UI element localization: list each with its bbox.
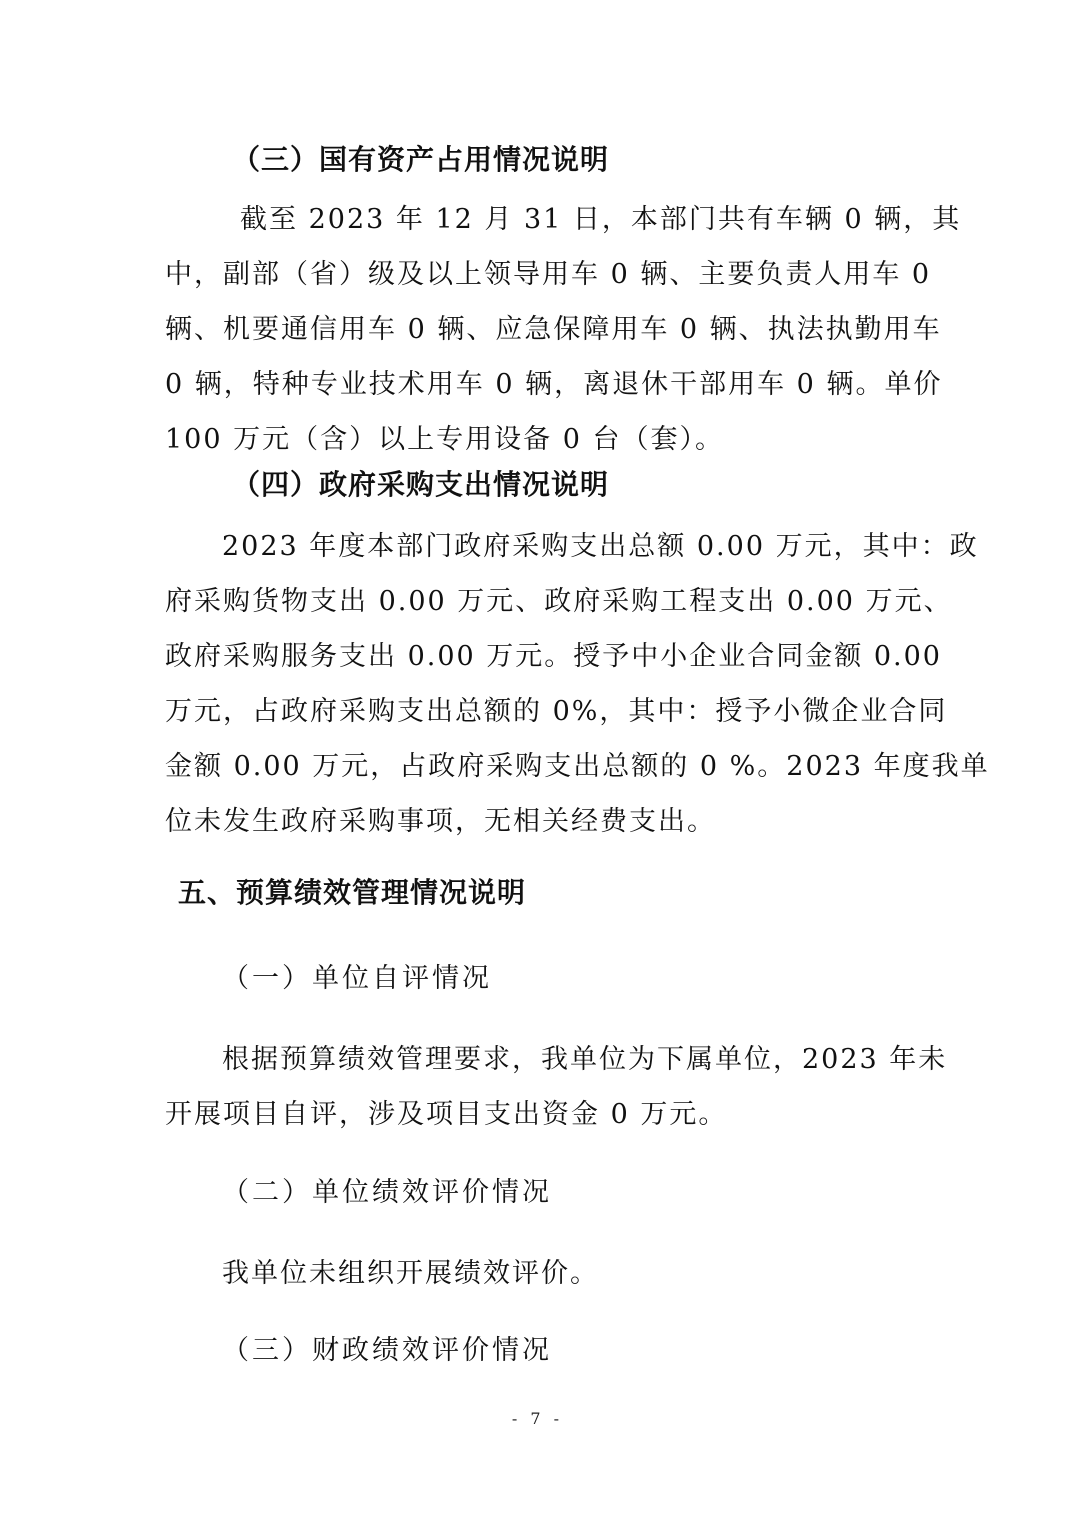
paragraph-line: 2023 年度本部门政府采购支出总额 0.00 万元，其中：政 — [222, 530, 912, 564]
section-heading-procurement: （四）政府采购支出情况说明 — [232, 468, 979, 502]
section-heading-state-assets: （三）国有资产占用情况说明 — [232, 143, 979, 177]
paragraph-line: 金额 0.00 万元，占政府采购支出总额的 0 %。2023 年度我单 — [165, 750, 912, 784]
paragraph-line: 0 辆，特种专业技术用车 0 辆，离退休干部用车 0 辆。单价 — [165, 368, 912, 402]
subsection-heading-unit-eval: （二）单位绩效评价情况 — [222, 1176, 969, 1210]
paragraph-line: 位未发生政府采购事项，无相关经费支出。 — [165, 805, 912, 839]
subsection-heading-self-eval: （一）单位自评情况 — [222, 962, 969, 996]
document-page: （三）国有资产占用情况说明 截至 2023 年 12 月 31 日，本部门共有车… — [0, 0, 1075, 1520]
subsection-heading-fiscal-eval: （三）财政绩效评价情况 — [222, 1334, 969, 1368]
paragraph-line: 中，副部（省）级及以上领导用车 0 辆、主要负责人用车 0 — [165, 258, 912, 292]
page-number: - 7 - — [0, 1409, 1075, 1428]
paragraph-line: 根据预算绩效管理要求，我单位为下属单位，2023 年未 — [222, 1043, 912, 1077]
paragraph-line: 府采购货物支出 0.00 万元、政府采购工程支出 0.00 万元、 — [165, 585, 912, 619]
paragraph-line: 开展项目自评，涉及项目支出资金 0 万元。 — [165, 1098, 912, 1132]
paragraph-line: 政府采购服务支出 0.00 万元。授予中小企业合同金额 0.00 — [165, 640, 912, 674]
chapter-heading-performance: 五、预算绩效管理情况说明 — [178, 876, 925, 910]
paragraph-line: 截至 2023 年 12 月 31 日，本部门共有车辆 0 辆，其 — [240, 203, 912, 237]
paragraph-line: 万元，占政府采购支出总额的 0%，其中：授予小微企业合同 — [165, 695, 912, 729]
paragraph-line: 我单位未组织开展绩效评价。 — [222, 1257, 969, 1291]
paragraph-line: 100 万元（含）以上专用设备 0 台（套）。 — [165, 423, 912, 457]
paragraph-line: 辆、机要通信用车 0 辆、应急保障用车 0 辆、执法执勤用车 — [165, 313, 912, 347]
